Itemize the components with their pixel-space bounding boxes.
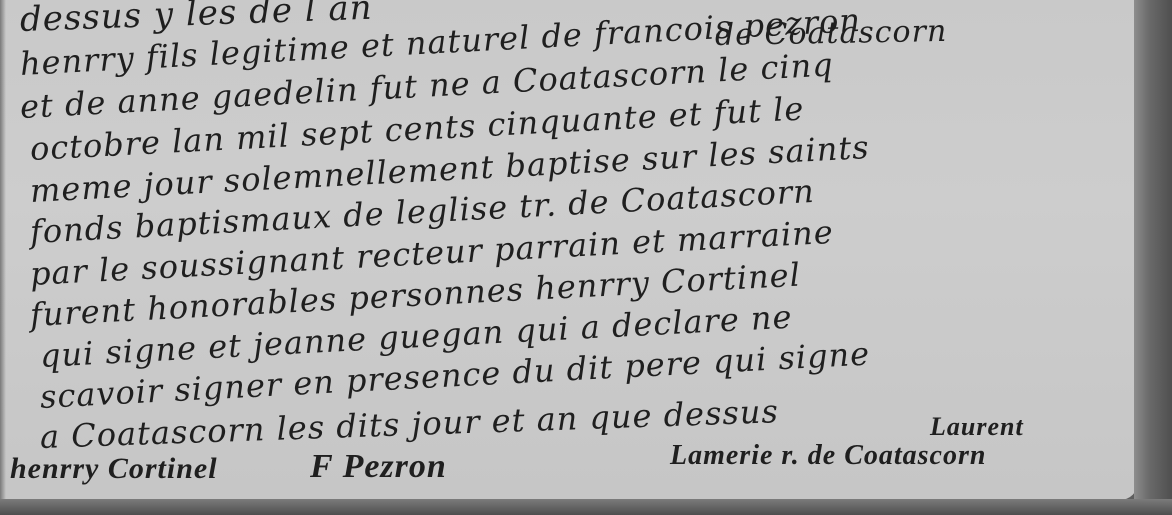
signature: F Pezron xyxy=(310,448,447,486)
signature: Laurent xyxy=(930,412,1024,442)
signature: Lamerie r. de Coatascorn xyxy=(670,440,986,472)
left-shadow xyxy=(0,0,6,515)
bottom-edge xyxy=(0,499,1172,515)
signature: henrry Cortinel xyxy=(10,452,218,486)
manuscript-page: dessus y les de l ande Coatascornhenrry … xyxy=(0,0,1138,500)
binding-edge xyxy=(1134,0,1172,515)
